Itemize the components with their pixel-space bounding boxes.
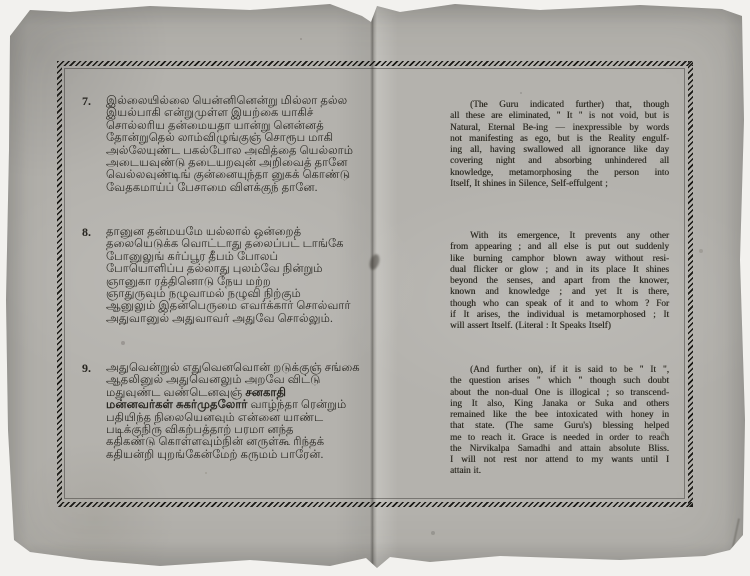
verse-lines: அதுவென்றுல் எதுவெனவொன் றடுக்குஞ் சங்கைஆத… [106,362,360,461]
english-text-line: With its emergence, It prevents any othe… [450,231,669,242]
tamil-verse-line: இயல்பாகி என்றுமுள்ள இயற்கை யாகிச் [106,107,353,119]
english-text-line: known and knowledge ; and yet It is ther… [450,287,669,298]
tamil-verse-line: இல்லையில்லை யென்னினென்று மில்லா தல்ல [106,95,353,107]
tamil-verse-line: அல்லேயுண்ட பகல்போல அவித்தை யெல்லாம் [106,145,353,157]
english-text-line: that state. (The same Guru's) blessing h… [450,421,669,432]
tamil-verse-line: ஞானுகா ரத்தினொடு நேய மற்ற [106,276,351,288]
english-text-line: from appearing ; and all else is put out… [450,242,669,253]
english-text-line: about the non-dual One is illogical ; so… [450,388,669,399]
tamil-verse-line: வேதகமாய்ப் பேசாமை விளக்குந் தானே. [106,182,353,194]
tamil-verse-line: அதுவானுல் அதுவாவர் அதுவே சொல்லும். [106,313,351,325]
tamil-verse-line: கதியன்றி யுறங்கேன்மேற் கருமம் பாரேன். [106,449,360,461]
tamil-verse: 9.அதுவென்றுல் எதுவெனவொன் றடுக்குஞ் சங்கை… [82,362,360,461]
tamil-verse-column: 7.இல்லையில்லை யென்னினென்று மில்லா தல்லஇய… [82,95,370,505]
english-text-line: all these are eliminated, " It " is not … [450,111,669,122]
verse-number: 9. [82,362,106,461]
tamil-verse-line: போனுலுங் கர்ப்பூர தீபம் போலப் [106,251,351,263]
english-text-line: knowledge, metamorphosing the person int… [450,168,669,179]
tamil-verse-line: அதுவென்றுல் எதுவெனவொன் றடுக்குஞ் சங்கை [106,362,360,374]
tamil-verse-line: மதுவுண்ட வண்டெனவுஞ் சனகாதி [106,387,360,399]
tamil-verse: 7.இல்லையில்லை யென்னினென்று மில்லா தல்லஇய… [82,95,353,194]
verse-lines: இல்லையில்லை யென்னினென்று மில்லா தல்லஇயல்… [106,95,353,194]
english-text-line: the Nirvikalpa Samadhi and attain absolu… [450,444,669,455]
scanner-background: 7.இல்லையில்லை யென்னினென்று மில்லா தல்லஇய… [0,0,750,576]
tamil-verse-line: ஆனுலும் இதன்பெருமை எவர்க்கார் சொல்வார் [106,300,351,312]
english-text-line: me to reach it. Grace is needed in order… [450,433,669,444]
english-text-line: covering night and absorbing unhindered … [450,156,669,167]
english-text-line: I will not rest nor attend to my wants u… [450,455,669,466]
english-paragraph: (The Guru indicated further) that, thoug… [450,100,669,190]
corner-crease [728,518,740,565]
tamil-verse-line: சொல்லரிய தன்மையதா யான்று னென்னத் [106,120,353,132]
english-text-line: if It arises, the individual is metamorp… [450,310,669,321]
english-text-line: attain it. [450,466,669,477]
border-top-band [57,61,693,66]
english-paragraph: (And further on), if it is said to be " … [450,365,669,478]
tamil-verse-line: தானுன தன்மயமே யல்லால் ஒன்றைத் [106,226,351,238]
verse-number: 8. [82,226,106,325]
english-text-line: remained like the bee intoxicated with h… [450,410,669,421]
border-left-band [57,61,62,507]
english-text-line: not manifesting as ego, but is the Reali… [450,134,669,145]
english-paragraph: With its emergence, It prevents any othe… [450,231,669,332]
tamil-verse-line: தலையெடுக்க வொட்டாது தலைப்பட் டாங்கே [106,238,351,250]
tamil-verse-line: மன்னவர்கள் சுகர்முதலோர் வாழ்ந்தா ரென்றும… [106,399,360,411]
tamil-verse-line: தோன்றுதெல் லாம்விழுங்குஞ் சொரூப மாகி [106,132,353,144]
english-text-line: will assert Itself. (Literal : It Speaks… [450,321,669,332]
english-translation-column: (The Guru indicated further) that, thoug… [450,100,669,500]
english-text-line: ing It also, King Janaka or Suka and oth… [450,399,669,410]
english-text-line: dual flicker or glow ; and in its place … [450,265,669,276]
tamil-verse-line: அடையவுண்டு தடையறவுன் அறிவைத் தானே [106,157,353,169]
english-text-line: the question arises " which " though suc… [450,376,669,387]
tamil-verse-line: படிக்குநிரு விகற்பத்தாற் பரமா னந்த [106,424,360,436]
tamil-verse-line: ஆதலினுல் அதுவெனலும் அறவே விட்டு [106,374,360,386]
tamil-verse-line: போயொளிப்ப தல்லாது புலம்வே நின்றும் [106,263,351,275]
verse-number: 7. [82,95,106,194]
english-text-line: beyond the senses, and apart from the kn… [450,276,669,287]
tamil-verse-line: ஞாதுருவும் நழுவாமல் நழுவி நிற்கும் [106,288,351,300]
tamil-verse-line: கதிகண்டு கொள்ளவும்நின் னருள்கூ ரிந்தக் [106,436,360,448]
tamil-verse-line: பதியிந்த நிலையெனவும் என்னை யாண்ட [106,412,360,424]
english-text-line: ing all, having swallowed all ignorance … [450,145,669,156]
open-booklet-scan: 7.இல்லையில்லை யென்னினென்று மில்லா தல்லஇய… [0,0,750,576]
paper-specks [0,0,2,2]
verse-lines: தானுன தன்மயமே யல்லால் ஒன்றைத்தலையெடுக்க … [106,226,351,325]
english-text-line: Itself, It shines in Silence, Self-efful… [450,179,669,190]
tamil-verse-line: வெல்லவுண்டிங் குன்னையுந்தா னுகக் கொண்டு [106,169,353,181]
border-right-band [688,61,693,507]
english-text-line: Natural, Eternal Be-ing — inexpressible … [450,123,669,134]
english-text-line: though who can speak of it and to whom ?… [450,299,669,310]
tamil-verse: 8.தானுன தன்மயமே யல்லால் ஒன்றைத்தலையெடுக்… [82,226,351,325]
english-text-line: (And further on), if it is said to be " … [450,365,669,376]
english-text-line: (The Guru indicated further) that, thoug… [450,100,669,111]
english-text-line: like burning camphor blown away without … [450,254,669,265]
